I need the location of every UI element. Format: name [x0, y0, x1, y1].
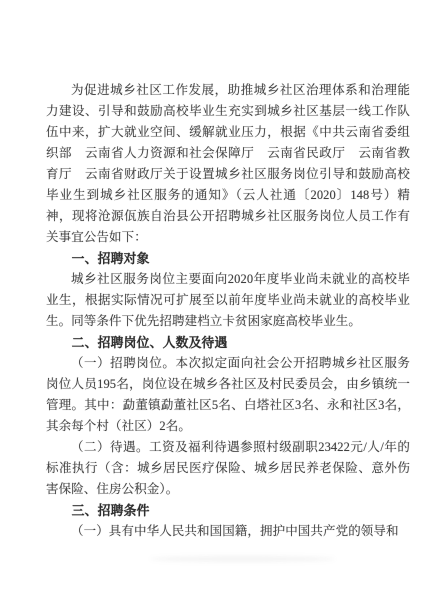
section-2-paragraph-2: （二）待遇。工资及福利待遇参照村级副职23422元/人/年的标准执行（含：城乡居…: [46, 437, 410, 500]
document-page: 为促进城乡社区工作发展，助推城乡社区治理体系和治理能力建设、引导和鼓励高校毕业生…: [0, 0, 444, 600]
section-3-heading: 三、招聘条件: [46, 500, 410, 521]
section-1-heading: 一、招聘对象: [46, 248, 410, 269]
intro-paragraph: 为促进城乡社区工作发展，助推城乡社区治理体系和治理能力建设、引导和鼓励高校毕业生…: [46, 80, 410, 248]
section-2-heading: 二、招聘岗位、人数及待遇: [46, 332, 410, 353]
section-1-paragraph: 城乡社区服务岗位主要面向2020年度毕业尚未就业的高校毕业生，根据实际情况可扩展…: [46, 269, 410, 332]
section-3-paragraph: （一）具有中华人民共和国国籍，拥护中国共产党的领导和: [46, 521, 410, 542]
section-2-paragraph-1: （一）招聘岗位。本次拟定面向社会公开招聘城乡社区服务岗位人员195名，岗位设在城…: [46, 353, 410, 437]
scan-smudge-artifact: [150, 556, 335, 562]
